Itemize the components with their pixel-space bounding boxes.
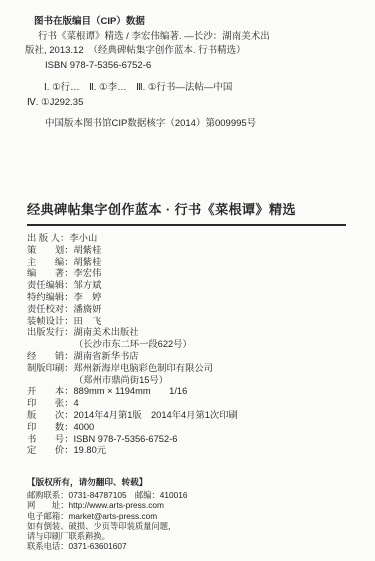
colophon-row-sheets: 印 张：4 <box>27 398 365 410</box>
colophon-value: 19.80元 <box>74 445 107 455</box>
colophon-label: 制版印刷： <box>27 363 74 373</box>
colophon-row-printer: 制版印刷：郑州新海岸电脑彩色制印有限公司 <box>27 363 365 375</box>
colophon-row-planner: 策 划：胡紫桂 <box>27 245 365 257</box>
colophon-label: 出版发行： <box>27 327 74 337</box>
colophon-row-special-editor: 特约编辑：李 婷 <box>27 292 365 304</box>
copyright-notice-headline: 【版权所有，请勿翻印、转载】 <box>27 477 365 487</box>
colophon-label: 印 数： <box>27 422 74 432</box>
colophon-value: 胡紫桂 <box>74 245 102 255</box>
colophon-value: （郑州市鼎尚街15号） <box>74 375 168 385</box>
colophon-label: 责任编辑： <box>27 280 74 290</box>
cip-record-number: 中国版本图书馆CIP数据核字（2014）第009995号 <box>45 117 361 132</box>
colophon-label: 定 价： <box>27 445 74 455</box>
colophon-row-price: 定 价：19.80元 <box>27 445 365 457</box>
colophon-row-publisher-person: 出 版 人：李小山 <box>27 233 365 245</box>
colophon-row-publisher: 出版发行：湖南美术出版社 <box>27 327 365 339</box>
colophon-label: 版 次： <box>27 410 74 420</box>
quality-notice-line1: 如有倒装、破损、少页等印装质量问题， <box>27 521 365 531</box>
quality-notice-line2: 请与印刷厂联系斢换。 <box>27 531 365 541</box>
website-url: 网 址：http://www.arts-press.com <box>27 500 365 510</box>
book-title: 经典碑帖集字创作蓝本 · 行书《菜根谭》精选 <box>27 199 346 226</box>
cip-classification-line1: Ⅰ. ①行… Ⅱ. ①李… Ⅲ. ①行书—法帖—中国 <box>44 81 361 96</box>
cip-isbn: ISBN 978-7-5356-6752-6 <box>45 59 361 74</box>
colophon-value: 田 飞 <box>74 316 102 326</box>
colophon-value: 郑州新海岸电脑彩色制印有限公司 <box>74 363 213 373</box>
colophon-value: 邹方斌 <box>74 280 102 290</box>
colophon-label: 主 编： <box>27 257 74 267</box>
email-address: 电子邮箱：market@arts-press.com <box>27 511 365 521</box>
colophon-value: 湖南美术出版社 <box>74 327 139 337</box>
colophon-label: 开 本： <box>27 386 74 396</box>
colophon-value: 李 婷 <box>74 292 102 302</box>
colophon-row-print-run: 印 数：4000 <box>27 422 365 434</box>
cip-block: 图书在版编目（CIP）数据 行书《菜根谭》精选 / 李宏伟编著. —长沙：湖南美… <box>25 15 361 132</box>
colophon-label: 书 号： <box>27 434 74 444</box>
colophon-value: 李小山 <box>69 233 97 243</box>
colophon-value: 潘旖妍 <box>74 304 102 314</box>
colophon-row-responsible-editor: 责任编辑：邹方斌 <box>27 280 365 292</box>
colophon-value: 湖南省新华书店 <box>74 351 139 361</box>
cip-entry-line2: 版社, 2013.12 （经典碑帖集字创作蓝本. 行书精选） <box>25 44 361 59</box>
colophon-value: ISBN 978-7-5356-6752-6 <box>74 434 178 444</box>
cip-heading: 图书在版编目（CIP）数据 <box>34 15 361 30</box>
mail-order-contact: 邮购联系：0731-84787105 邮编：410016 <box>27 490 365 500</box>
colophon-label: 责任校对： <box>27 304 74 314</box>
colophon-value: 李宏伟 <box>74 268 102 278</box>
colophon-row-proofreader: 责任校对：潘旖妍 <box>27 304 365 316</box>
copyright-page: 图书在版编目（CIP）数据 行书《菜根谭》精选 / 李宏伟编著. —长沙：湖南美… <box>0 0 375 561</box>
colophon-label: 特约编辑： <box>27 292 74 302</box>
colophon-row-publisher-address: （长沙市东二环一段622号） <box>27 339 365 351</box>
colophon-row-author: 编 著：李宏伟 <box>27 268 365 280</box>
colophon-value: （长沙市东二环一段622号） <box>74 339 192 349</box>
colophon-row-format: 开 本：889mm × 1194mm 1/16 <box>27 386 365 398</box>
colophon-row-edition: 版 次：2014年4月第1版 2014年4月第1次印刷 <box>27 410 365 422</box>
colophon-row-book-number: 书 号：ISBN 978-7-5356-6752-6 <box>27 434 365 446</box>
colophon-label: 印 张： <box>27 398 74 408</box>
colophon-row-distributor: 经 销：湖南省新华书店 <box>27 351 365 363</box>
contact-phone: 联系电话：0371-63601607 <box>27 541 365 551</box>
colophon-label: 编 著： <box>27 268 74 278</box>
colophon-value: 4 <box>74 398 79 408</box>
cip-entry-line1: 行书《菜根谭》精选 / 李宏伟编著. —长沙：湖南美术出 <box>38 30 361 45</box>
colophon-value: 胡紫桂 <box>74 257 102 267</box>
colophon-value: 2014年4月第1版 2014年4月第1次印刷 <box>74 410 238 420</box>
colophon-block: 出 版 人：李小山 策 划：胡紫桂 主 编：胡紫桂 编 著：李宏伟 责任编辑：邹… <box>27 233 365 457</box>
cip-classification-line2: Ⅳ. ①J292.35 <box>27 96 361 111</box>
colophon-label: 经 销： <box>27 351 74 361</box>
copyright-notice-block: 【版权所有，请勿翻印、转载】 邮购联系：0731-84787105 邮编：410… <box>27 477 365 551</box>
colophon-label: 策 划： <box>27 245 74 255</box>
colophon-label: 装帧设计： <box>27 316 74 326</box>
colophon-label: 出 版 人： <box>27 233 69 243</box>
colophon-value: 4000 <box>74 422 95 432</box>
colophon-row-printer-address: （郑州市鼎尚街15号） <box>27 375 365 387</box>
colophon-row-chief-editor: 主 编：胡紫桂 <box>27 257 365 269</box>
colophon-value: 889mm × 1194mm 1/16 <box>74 386 188 396</box>
colophon-row-designer: 装帧设计：田 飞 <box>27 316 365 328</box>
